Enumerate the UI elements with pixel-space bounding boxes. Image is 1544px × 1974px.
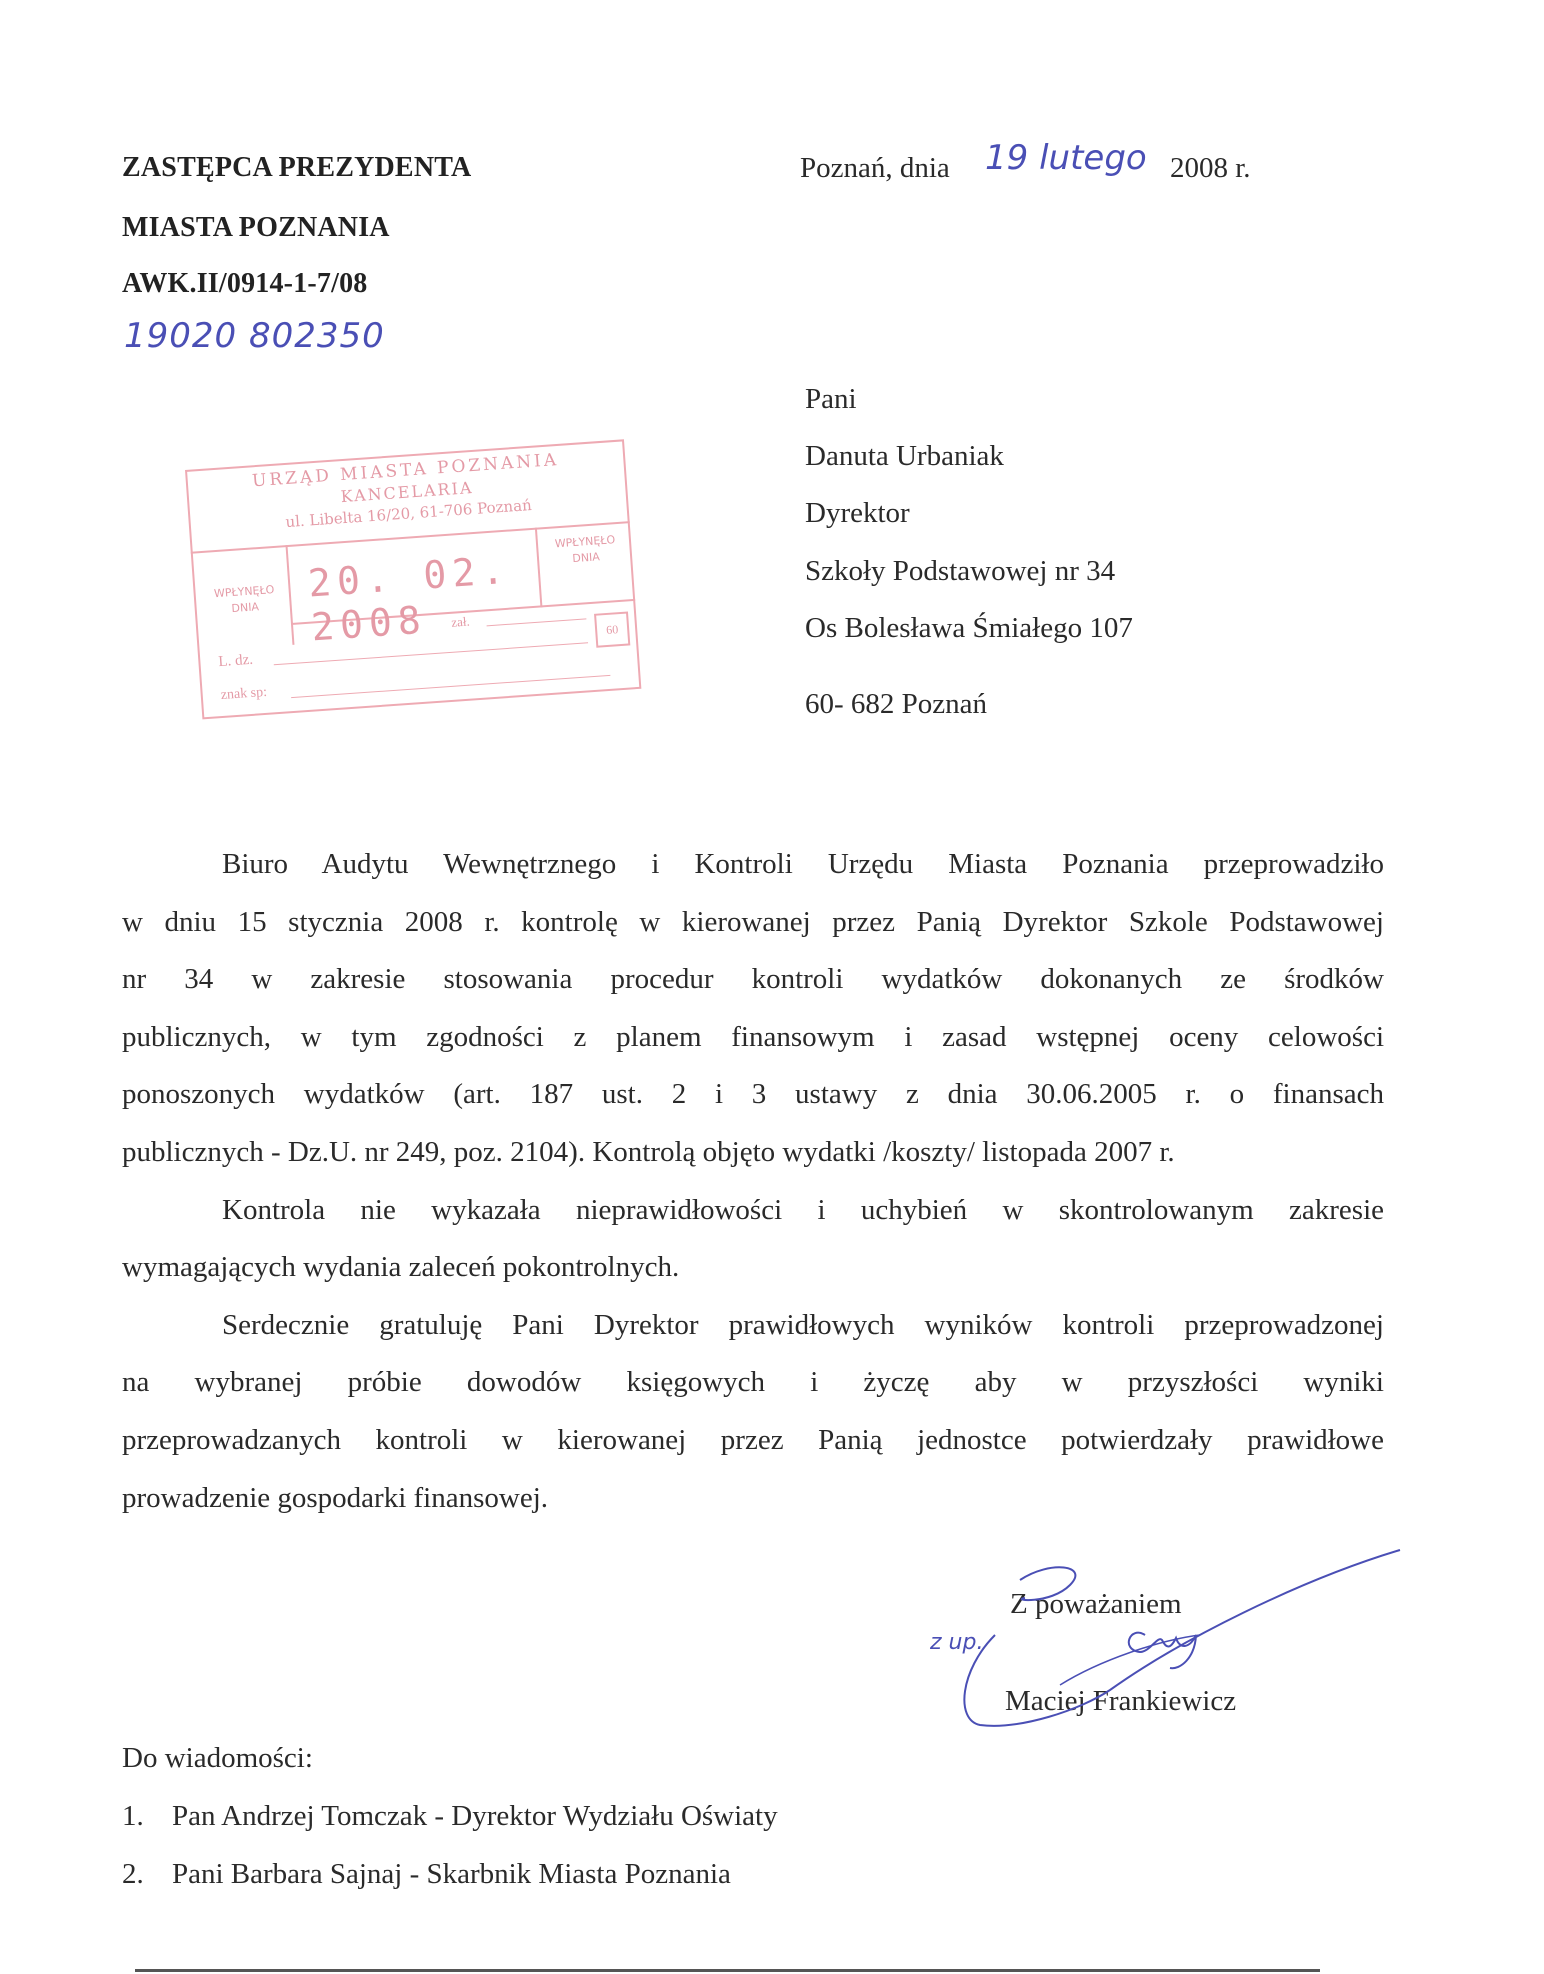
body-line: publicznych - Dz.U. nr 249, poz. 2104). … (122, 1124, 1384, 1182)
handwritten-signature-icon (900, 1540, 1420, 1760)
footer-separator (135, 1969, 1320, 1972)
sender-title-line1: ZASTĘPCA PREZYDENTA (122, 152, 471, 184)
body-line: nr 34 w zakresie stosowania procedur kon… (122, 951, 1384, 1009)
body-line: ponoszonych wydatków (art. 187 ust. 2 i … (122, 1066, 1384, 1124)
recipient-salutation: Pani (805, 383, 857, 416)
body-paragraph: Biuro Audytu Wewnętrznego i Kontroli Urz… (122, 836, 1384, 1182)
recipient-name: Danuta Urbaniak (805, 440, 1004, 473)
body-line: Serdecznie gratuluję Pani Dyrektor prawi… (122, 1297, 1384, 1355)
body-paragraph: Serdecznie gratuluję Pani Dyrektor prawi… (122, 1297, 1384, 1527)
body-line: na wybranej próbie dowodów księgowych i … (122, 1354, 1384, 1412)
body-line: przeprowadzanych kontroli w kierowanej p… (122, 1412, 1384, 1470)
sender-title-line2: MIASTA POZNANIA (122, 212, 390, 244)
body-line: w dniu 15 stycznia 2008 r. kontrolę w ki… (122, 894, 1384, 952)
recipient-position: Dyrektor (805, 497, 910, 530)
handwritten-date: 19 lutego (985, 138, 1147, 178)
cc-item-text: Pani Barbara Sajnaj - Skarbnik Miasta Po… (172, 1858, 731, 1890)
cc-item: 1.Pan Andrzej Tomczak - Dyrektor Wydział… (122, 1800, 778, 1833)
body-line: Biuro Audytu Wewnętrznego i Kontroli Urz… (122, 836, 1384, 894)
stamp-ldz-label: L. dz. (218, 652, 254, 671)
body-line: wymagających wydania zaleceń pokontrolny… (122, 1239, 1384, 1297)
date-prefix: Poznań, dnia (800, 152, 950, 185)
cc-item-text: Pan Andrzej Tomczak - Dyrektor Wydziału … (172, 1800, 778, 1832)
recipient-street: Os Bolesława Śmiałego 107 (805, 612, 1133, 645)
body-paragraph: Kontrola nie wykazała nieprawidłowości i… (122, 1182, 1384, 1297)
cc-item-number: 2. (122, 1858, 172, 1891)
reference-number: AWK.II/0914-1-7/08 (122, 268, 368, 300)
body-line: Kontrola nie wykazała nieprawidłowości i… (122, 1182, 1384, 1240)
body-line: prowadzenie gospodarki finansowej. (122, 1470, 1384, 1528)
recipient-institution: Szkoły Podstawowej nr 34 (805, 555, 1115, 588)
registry-stamp: URZĄD MIASTA POZNANIA KANCELARIA ul. Lib… (185, 439, 641, 719)
body-line: publicznych, w tym zgodności z planem fi… (122, 1009, 1384, 1067)
recipient-postal-city: 60- 682 Poznań (805, 688, 987, 721)
date-year: 2008 r. (1170, 152, 1251, 185)
cc-item-number: 1. (122, 1800, 172, 1833)
handwritten-registry-number: 19020 802350 (124, 316, 385, 356)
letter-body: Biuro Audytu Wewnętrznego i Kontroli Urz… (122, 836, 1384, 1527)
stamp-attachments-label: zał. (451, 614, 470, 631)
stamp-number-box: 60 (594, 611, 630, 647)
stamp-received-label-left: WPŁYNĘŁO DNIA (201, 581, 288, 619)
stamp-signature-mark-label: znak sp: (220, 685, 267, 704)
cc-item: 2.Pani Barbara Sajnaj - Skarbnik Miasta … (122, 1858, 731, 1891)
cc-label: Do wiadomości: (122, 1742, 313, 1775)
